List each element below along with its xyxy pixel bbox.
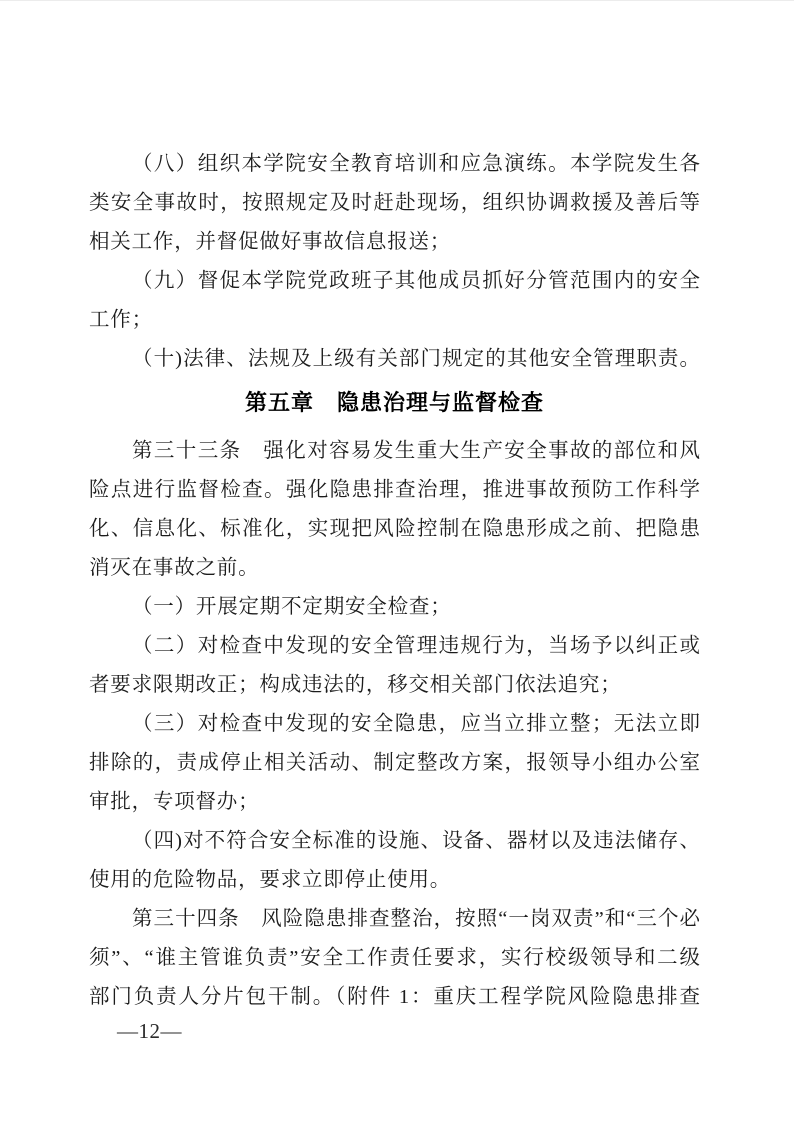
paragraph: （四)对不符合安全标准的设施、设备、器材以及违法储存、使用的危险物品，要求立即停… (89, 822, 700, 900)
text-line: （一）开展定期不定期安全检查； (89, 588, 700, 627)
paragraph: （八）组织本学院安全教育培训和应急演练。本学院发生各类安全事故时，按照规定及时赶… (89, 145, 700, 262)
text-line: 者要求限期改正；构成违法的，移交相关部门依法追究； (89, 666, 700, 705)
paragraph: 第三十四条 风险隐患排查整治，按照“一岗双责”和“三个必须”、“谁主管谁负责”安… (89, 900, 700, 1017)
chapter-heading: 第五章 隐患治理与监督检查 (89, 383, 700, 423)
text-line: 部门负责人分片包干制。（附件 1：重庆工程学院风险隐患排查 (89, 978, 700, 1017)
text-line: （九）督促本学院党政班子其他成员抓好分管范围内的安全 (89, 262, 700, 301)
text-line: 第三十四条 风险隐患排查整治，按照“一岗双责”和“三个必 (89, 900, 700, 939)
text-line: 险点进行监督检查。强化隐患排查治理，推进事故预防工作科学 (89, 471, 700, 510)
document-page: （八）组织本学院安全教育培训和应急演练。本学院发生各类安全事故时，按照规定及时赶… (0, 0, 794, 1123)
paragraph: （九）督促本学院党政班子其他成员抓好分管范围内的安全工作； (89, 262, 700, 340)
text-line: 相关工作，并督促做好事故信息报送； (89, 223, 700, 262)
text-line: （八）组织本学院安全教育培训和应急演练。本学院发生各 (89, 145, 700, 184)
text-line: （三）对检查中发现的安全隐患，应当立排立整；无法立即 (89, 705, 700, 744)
text-line: 排除的，责成停止相关活动、制定整改方案，报领导小组办公室 (89, 744, 700, 783)
text-line: 化、信息化、标准化，实现把风险控制在隐患形成之前、把隐患 (89, 510, 700, 549)
text-line: 第三十三条 强化对容易发生重大生产安全事故的部位和风 (89, 432, 700, 471)
text-line: （十)法律、法规及上级有关部门规定的其他安全管理职责。 (89, 340, 700, 379)
paragraph: （三）对检查中发现的安全隐患，应当立排立整；无法立即排除的，责成停止相关活动、制… (89, 705, 700, 822)
document-body: （八）组织本学院安全教育培训和应急演练。本学院发生各类安全事故时，按照规定及时赶… (89, 145, 700, 1017)
text-line: （四)对不符合安全标准的设施、设备、器材以及违法储存、 (89, 822, 700, 861)
text-line: 审批，专项督办； (89, 783, 700, 822)
paragraph: （十)法律、法规及上级有关部门规定的其他安全管理职责。 (89, 340, 700, 379)
page-number: —12— (117, 1020, 182, 1042)
text-line: 须”、“谁主管谁负责”安全工作责任要求，实行校级领导和二级 (89, 939, 700, 978)
text-line: （二）对检查中发现的安全管理违规行为，当场予以纠正或 (89, 627, 700, 666)
text-line: 消灭在事故之前。 (89, 549, 700, 588)
text-line: 使用的危险物品，要求立即停止使用。 (89, 861, 700, 900)
text-line: 工作； (89, 301, 700, 340)
paragraph: 第三十三条 强化对容易发生重大生产安全事故的部位和风险点进行监督检查。强化隐患排… (89, 432, 700, 588)
paragraph: （二）对检查中发现的安全管理违规行为，当场予以纠正或者要求限期改正；构成违法的，… (89, 627, 700, 705)
text-line: 类安全事故时，按照规定及时赶赴现场，组织协调救援及善后等 (89, 184, 700, 223)
paragraph: （一）开展定期不定期安全检查； (89, 588, 700, 627)
